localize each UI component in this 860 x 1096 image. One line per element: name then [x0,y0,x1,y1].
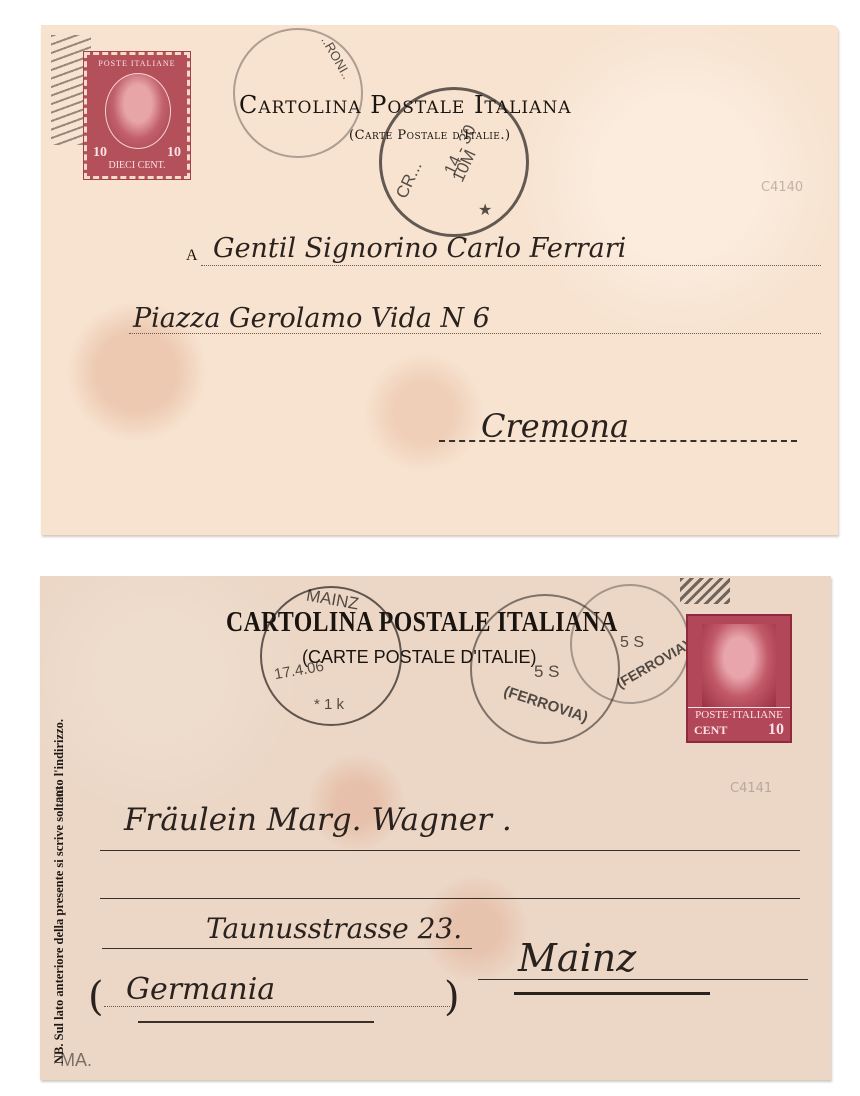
stamp-vittorio-emanuele-10c: POSTE·ITALIANE CENT 10 [686,614,792,743]
postcard-2: NB. Sul lato anteriore della presente si… [40,576,831,1080]
stamp-umberto-10c: POSTE ITALIANE 10 10 DIECI CENT. [84,52,190,179]
postmark-ferrovia-2: 5 S (FERROVIA) [570,584,690,704]
pencil-note: C4140 [761,180,803,195]
postcard-1: POSTE ITALIANE 10 10 DIECI CENT. ..RONI.… [41,25,838,535]
address-line-1: Fräulein Marg. Wagner . [124,802,512,838]
stamp-value-left: CENT [694,723,727,738]
card-title: Cartolina Postale Italiana [239,91,572,119]
stamp-top-text: POSTE·ITALIANE [688,707,790,721]
address-line-1: Gentil Signorino Carlo Ferrari [213,233,626,264]
stamp-bottom-text: DIECI CENT. [87,160,187,171]
address-line-2: Piazza Gerolamo Vida N 6 [133,303,490,334]
portrait-icon [702,624,776,708]
address-city: Cremona [481,407,629,445]
address-line-2: Taunusstrasse 23. [206,912,462,945]
print-year: 1903 [54,786,66,808]
side-note: NB. Sul lato anteriore della presente si… [52,719,67,1064]
star-icon: ★ [478,200,492,220]
stamp-value-right: 10 [167,145,181,161]
cancellation-bars [680,578,730,604]
stamp-top-text: POSTE ITALIANE [87,59,187,68]
address-prefix: A [186,247,198,265]
pencil-note: C4141 [730,781,772,796]
partial-postmark: MA. [60,1050,92,1071]
postmark-mainz: MAINZ 17.4.06 * 1 k [260,586,402,726]
card-subtitle: (Carte Postale d'Italie.) [349,128,511,143]
stamp-value-left: 10 [93,145,107,161]
stamp-value-right: 10 [768,721,784,739]
portrait-icon [105,73,171,149]
address-city: Mainz [518,936,636,980]
address-country: Germania [126,972,275,1007]
